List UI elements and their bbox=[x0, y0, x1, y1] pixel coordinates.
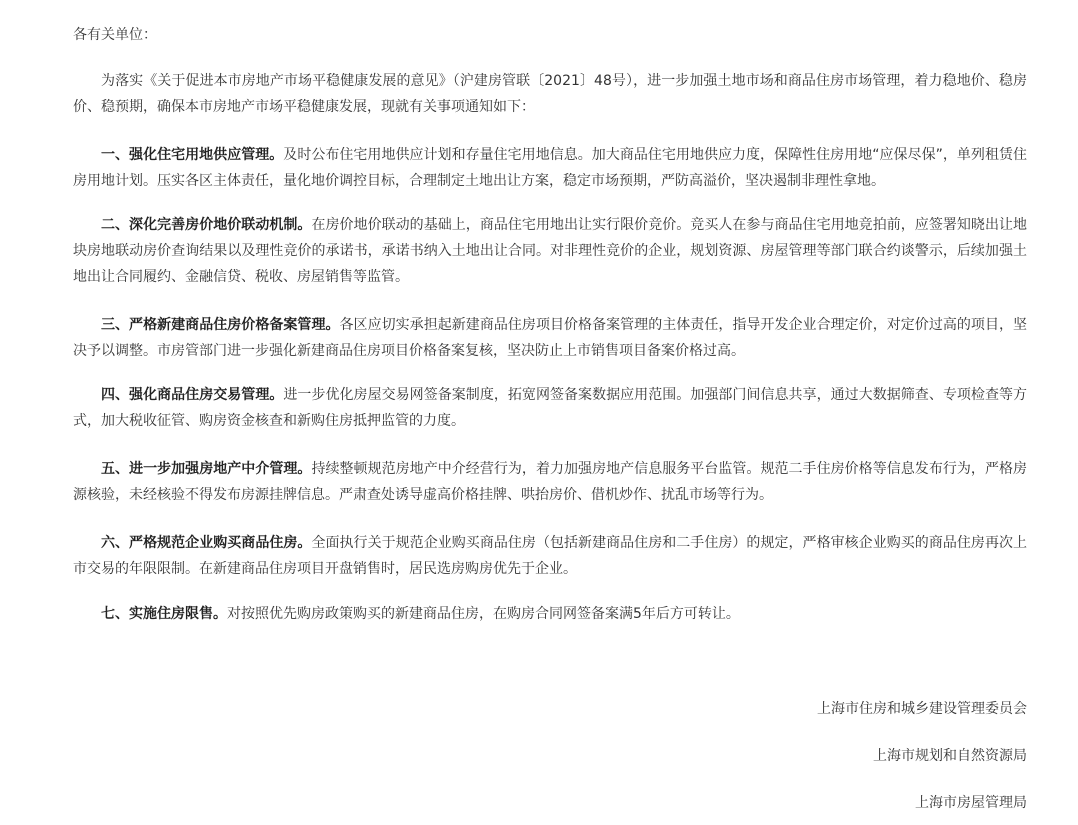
section-2-paragraph: 二、深化完善房价地价联动机制。在房价地价联动的基础上，商品住宅用地出让实行限价竞… bbox=[73, 212, 1027, 290]
signature-housing-urban-rural-commission: 上海市住房和城乡建设管理委员会 bbox=[817, 698, 1027, 720]
section-1-heading: 一、强化住宅用地供应管理。 bbox=[101, 147, 283, 163]
section-4-heading: 四、强化商品住房交易管理。 bbox=[101, 387, 283, 403]
section-5-paragraph: 五、进一步加强房地产中介管理。持续整顿规范房地产中介经营行为，着力加强房地产信息… bbox=[73, 456, 1027, 508]
section-2-heading: 二、深化完善房价地价联动机制。 bbox=[101, 217, 311, 233]
section-7-paragraph: 七、实施住房限售。对按照优先购房政策购买的新建商品住房，在购房合同网签备案满5年… bbox=[73, 601, 1027, 627]
section-3-paragraph: 三、严格新建商品住房价格备案管理。各区应切实承担起新建商品住房项目价格备案管理的… bbox=[73, 312, 1027, 364]
section-7-body: 对按照优先购房政策购买的新建商品住房，在购房合同网签备案满5年后方可转让。 bbox=[227, 606, 740, 622]
salutation: 各有关单位： bbox=[73, 24, 157, 46]
section-4-paragraph: 四、强化商品住房交易管理。进一步优化房屋交易网签备案制度，拓宽网签备案数据应用范… bbox=[73, 382, 1027, 434]
section-5-heading: 五、进一步加强房地产中介管理。 bbox=[101, 461, 311, 477]
section-6-heading: 六、严格规范企业购买商品住房。 bbox=[101, 535, 311, 551]
section-7-heading: 七、实施住房限售。 bbox=[101, 606, 227, 622]
section-3-heading: 三、严格新建商品住房价格备案管理。 bbox=[101, 317, 340, 333]
section-6-paragraph: 六、严格规范企业购买商品住房。全面执行关于规范企业购买商品住房（包括新建商品住房… bbox=[73, 530, 1027, 582]
signature-housing-administration-bureau: 上海市房屋管理局 bbox=[915, 792, 1027, 814]
section-1-paragraph: 一、强化住宅用地供应管理。及时公布住宅用地供应计划和存量住宅用地信息。加大商品住… bbox=[73, 142, 1027, 194]
signature-planning-natural-resources-bureau: 上海市规划和自然资源局 bbox=[873, 745, 1027, 767]
intro-paragraph: 为落实《关于促进本市房地产市场平稳健康发展的意见》（沪建房管联〔2021〕48号… bbox=[73, 68, 1027, 120]
